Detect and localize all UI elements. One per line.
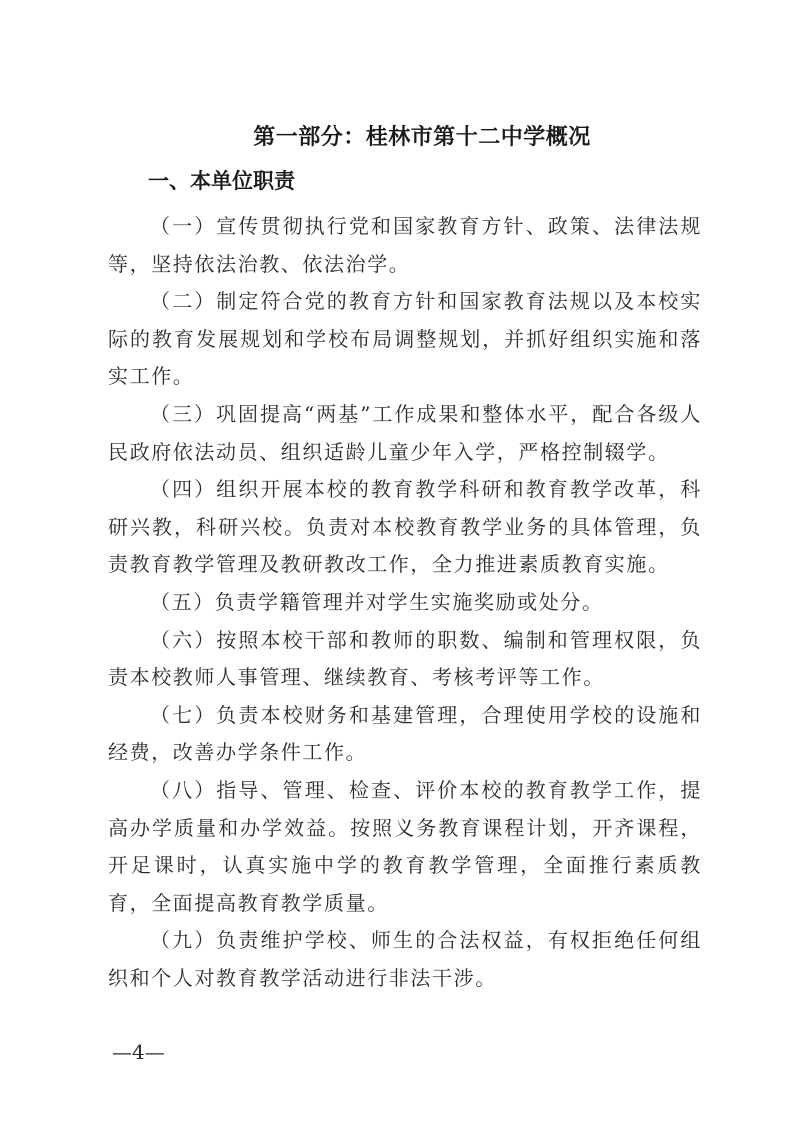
section-heading: 一、本单位职责 — [148, 165, 295, 195]
paragraph-duty-9: （九）负责维护学校、师生的合法权益，有权拒绝任何组织和个人对教育教学活动进行非法… — [108, 922, 702, 997]
document-title: 第一部分：桂林市第十二中学概况 — [0, 120, 800, 151]
page-number: —4— — [112, 1040, 165, 1064]
paragraph-duty-4: （四）组织开展本校的教育教学科研和教育教学改革，科研兴教，科研兴校。负责对本校教… — [108, 471, 702, 584]
document-body: （一）宣传贯彻执行党和国家教育方针、政策、法律法规等，坚持依法治教、依法治学。 … — [108, 208, 702, 997]
paragraph-duty-8: （八）指导、管理、检查、评价本校的教育教学工作，提高办学质量和办学效益。按照义务… — [108, 772, 702, 922]
paragraph-duty-1: （一）宣传贯彻执行党和国家教育方针、政策、法律法规等，坚持依法治教、依法治学。 — [108, 208, 702, 283]
paragraph-duty-7: （七）负责本校财务和基建管理，合理使用学校的设施和经费，改善办学条件工作。 — [108, 697, 702, 772]
paragraph-duty-2: （二）制定符合党的教育方针和国家教育法规以及本校实际的教育发展规划和学校布局调整… — [108, 283, 702, 396]
paragraph-duty-6: （六）按照本校干部和教师的职数、编制和管理权限，负责本校教师人事管理、继续教育、… — [108, 622, 702, 697]
document-page: 第一部分：桂林市第十二中学概况 一、本单位职责 （一）宣传贯彻执行党和国家教育方… — [0, 0, 800, 1131]
paragraph-duty-5: （五）负责学籍管理并对学生实施奖励或处分。 — [108, 584, 702, 622]
paragraph-duty-3: （三）巩固提高“两基”工作成果和整体水平，配合各级人民政府依法动员、组织适龄儿童… — [108, 396, 702, 471]
